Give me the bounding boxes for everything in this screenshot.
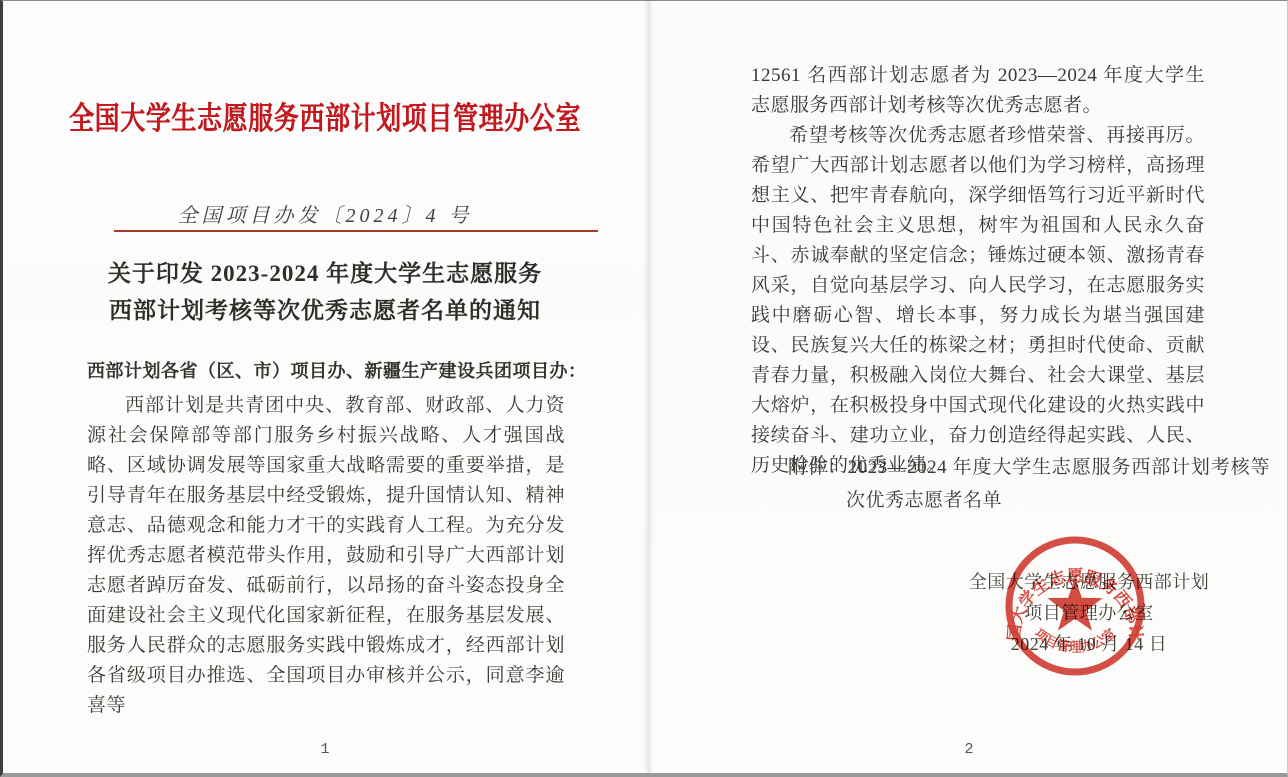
page-gutter-divider [643, 1, 653, 777]
signature-block: 全国大学生志愿服务西部计划 项目管理办公室 2024 年 10 月 14 日 [957, 567, 1221, 660]
document-number: 全国项目办发〔2024〕4 号 [3, 199, 647, 228]
document-scan: 全国大学生志愿服务西部计划项目管理办公室 全国项目办发〔2024〕4 号 关于印… [0, 0, 1288, 777]
body-paragraph-1: 西部计划是共青团中央、教育部、财政部、人力资源社会保障部等部门服务乡村振兴战略、… [87, 391, 565, 721]
page-1-body: 西部计划是共青团中央、教育部、财政部、人力资源社会保障部等部门服务乡村振兴战略、… [87, 391, 565, 721]
attachment-line: 附件：2023—2024 年度大学生志愿服务西部计划考核等次优秀志愿者名单 [788, 451, 1270, 517]
body-paragraph-1-continued: 12561 名西部计划志愿者为 2023—2024 年度大学生志愿服务西部计划考… [751, 61, 1205, 121]
signature-date: 2024 年 10 月 14 日 [957, 629, 1221, 660]
page-1: 全国大学生志愿服务西部计划项目管理办公室 全国项目办发〔2024〕4 号 关于印… [3, 1, 647, 777]
page-1-number: 1 [3, 741, 647, 758]
notice-title-line-1: 关于印发 2023-2024 年度大学生志愿服务 [3, 255, 647, 292]
page-2-number: 2 [647, 741, 1288, 758]
letterhead-red-rule [114, 230, 598, 232]
body-paragraph-2: 希望考核等次优秀志愿者珍惜荣誉、再接再厉。希望广大西部计划志愿者以他们为学习榜样… [751, 121, 1205, 481]
attachment-label: 附件： [788, 457, 848, 478]
signature-org-line-2: 项目管理办公室 [957, 598, 1221, 629]
recipients-line: 西部计划各省（区、市）项目办、新疆生产建设兵团项目办： [87, 357, 599, 383]
attachment-text: 2023—2024 年度大学生志愿服务西部计划考核等次优秀志愿者名单 [846, 457, 1270, 511]
notice-title: 关于印发 2023-2024 年度大学生志愿服务 西部计划考核等次优秀志愿者名单… [3, 255, 647, 329]
notice-title-line-2: 西部计划考核等次优秀志愿者名单的通知 [3, 292, 647, 329]
signature-org-line-1: 全国大学生志愿服务西部计划 [957, 567, 1221, 598]
page-2-body: 12561 名西部计划志愿者为 2023—2024 年度大学生志愿服务西部计划考… [751, 61, 1205, 481]
page-2: 12561 名西部计划志愿者为 2023—2024 年度大学生志愿服务西部计划考… [647, 1, 1288, 777]
letterhead-title: 全国大学生志愿服务西部计划项目管理办公室 [67, 93, 582, 138]
